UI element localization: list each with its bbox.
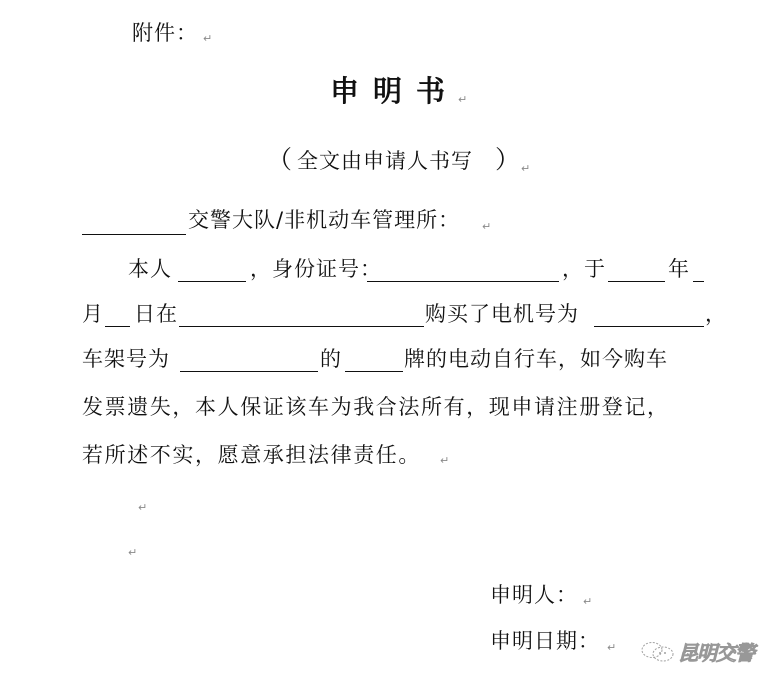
body-text: 本人: [128, 256, 172, 282]
declarant-label: 申明人：: [490, 582, 578, 608]
document-subtitle: 全文由申请人书写: [297, 148, 473, 174]
brand-blank[interactable]: [345, 371, 403, 372]
body-text: 的: [320, 346, 342, 372]
declaration-date-label: 申明日期：: [490, 628, 600, 654]
name-blank[interactable]: [178, 281, 246, 282]
body-text: 年: [668, 256, 690, 282]
watermark-text: 昆明交警: [678, 637, 754, 666]
body-text: ，身份证号：: [250, 256, 382, 282]
paragraph-mark-icon: ↵: [482, 221, 491, 233]
watermark: 昆明交警: [640, 637, 754, 666]
purchase-place-blank[interactable]: [179, 326, 424, 327]
year-blank[interactable]: [608, 281, 665, 282]
paragraph-mark-icon: ↵: [203, 33, 212, 45]
subtitle-close-paren: ）: [495, 145, 520, 175]
paragraph-mark-icon: ↵: [458, 94, 467, 106]
body-text: 车架号为: [82, 346, 170, 372]
paragraph-mark-icon: ↵: [128, 547, 137, 559]
body-text: 牌的电动自行车，如今购车: [404, 346, 668, 372]
body-text: 购买了电机号为: [425, 301, 579, 327]
document-title: 申明书: [330, 74, 459, 108]
paragraph-mark-icon: ↵: [607, 642, 616, 654]
addressee-blank[interactable]: [82, 234, 186, 235]
id-number-blank[interactable]: [367, 281, 559, 282]
body-text: 发票遗失，本人保证该车为我合法所有，现申请注册登记，: [82, 394, 670, 420]
subtitle-open-paren: （: [267, 145, 292, 175]
body-text: 日在: [134, 301, 178, 327]
attachment-label: 附件：: [132, 20, 198, 46]
body-text: ，于: [562, 256, 606, 282]
month-blank-start[interactable]: [693, 281, 704, 282]
motor-number-blank[interactable]: [594, 326, 704, 327]
body-text: ，: [705, 301, 727, 327]
paragraph-mark-icon: ↵: [138, 502, 147, 514]
body-text: 若所述不实，愿意承担法律责任。: [82, 442, 421, 468]
paragraph-mark-icon: ↵: [440, 455, 449, 467]
frame-number-blank[interactable]: [180, 371, 318, 372]
day-blank[interactable]: [105, 326, 130, 327]
addressee-text: 交警大队/非机动车管理所：: [188, 207, 460, 233]
paragraph-mark-icon: ↵: [583, 596, 592, 608]
paragraph-mark-icon: ↵: [521, 163, 530, 175]
body-text: 月: [82, 301, 104, 327]
wechat-icon: [640, 641, 676, 663]
